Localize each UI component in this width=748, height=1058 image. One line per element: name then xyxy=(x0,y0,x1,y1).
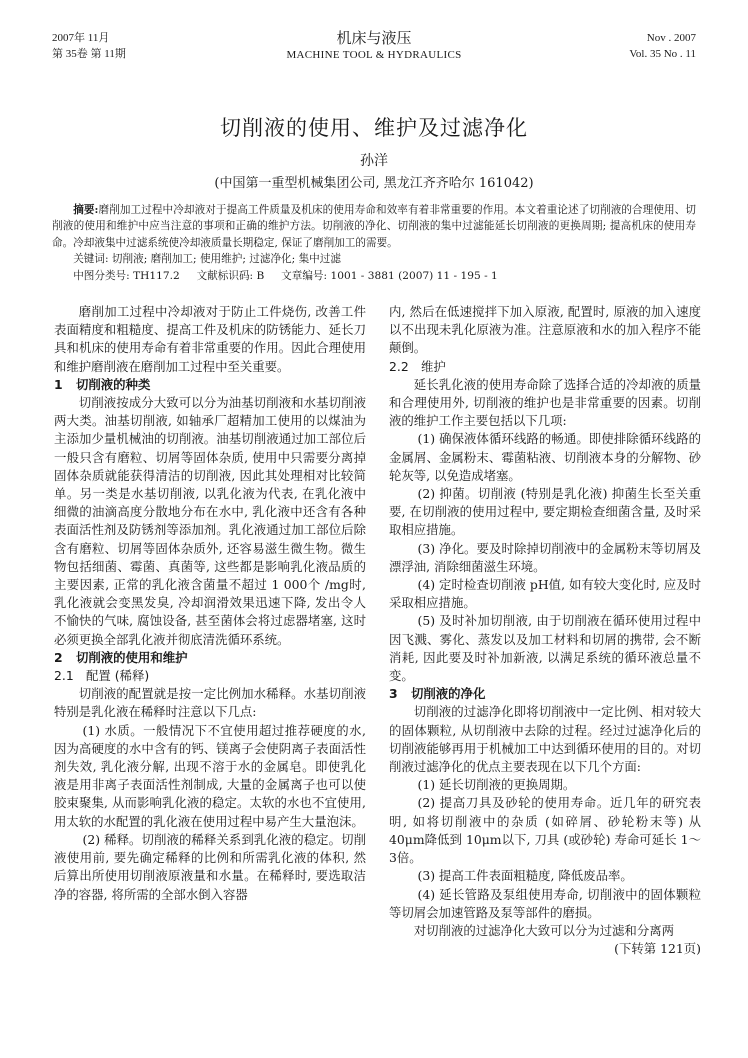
section-2-heading: 2切削液的使用和维护 xyxy=(54,649,366,667)
journal-name-cn: 机床与液压 xyxy=(52,30,696,48)
abstract-label: 摘要: xyxy=(73,204,98,216)
list-item: (2) 稀释。切削液的稀释关系到乳化液的稳定。切削液使用前, 要先确定稀释的比例… xyxy=(54,831,366,904)
list-item: (4) 定时检查切削液 pH值, 如有较大变化时, 应及时采取相应措施。 xyxy=(389,576,701,612)
paragraph: 对切削液的过滤净化大致可以分为过滤和分离两 xyxy=(389,922,701,940)
right-column: 内, 然后在低速搅拌下加入原液, 配置时, 原液的加入速度以不出现未乳化原液为准… xyxy=(389,303,701,958)
section-title: 切削液的净化 xyxy=(411,686,485,701)
journal-name: 机床与液压 MACHINE TOOL & HYDRAULICS xyxy=(52,30,696,62)
running-header: 2007年 11月 第 35卷 第 11期 机床与液压 MACHINE TOOL… xyxy=(52,30,696,70)
list-item: (5) 及时补加切削液, 由于切削液在循环使用过程中因飞溅、雾化、蒸发以及加工材… xyxy=(389,612,701,685)
left-column: 磨削加工过程中冷却液对于防止工件烧伤, 改善工件表面精度和粗糙度、提高工件及机床… xyxy=(54,303,366,904)
section-2-1-heading: 2.1配置 (稀释) xyxy=(54,667,366,685)
section-title: 配置 (稀释) xyxy=(86,668,149,683)
classification: 中图分类号: TH117.2 文献标识码: B 文章编号: 1001 - 388… xyxy=(52,268,696,284)
abstract: 摘要:磨削加工过程中冷却液对于提高工件质量及机床的使用寿命和效率有着非常重要的作… xyxy=(52,202,696,251)
section-number: 1 xyxy=(54,376,76,394)
list-item: (2) 提高刀具及砂轮的使用寿命。近几年的研究表明, 如将切削液中的杂质 (如碎… xyxy=(389,794,701,867)
section-number: 2 xyxy=(54,649,76,667)
doc-code-label: 文献标识码: xyxy=(197,270,254,282)
doc-code-value: B xyxy=(257,270,265,282)
paragraph: 延长乳化液的使用寿命除了选择合适的冷却液的质量和合理使用外, 切削液的维护也是非… xyxy=(389,376,701,431)
keywords-text: 切削液; 磨削加工; 使用维护; 过滤净化; 集中过滤 xyxy=(112,253,341,265)
section-number: 2.1 xyxy=(54,667,86,685)
paragraph: 内, 然后在低速搅拌下加入原液, 配置时, 原液的加入速度以不出现未乳化原液为准… xyxy=(389,303,701,358)
list-item: (3) 净化。要及时除掉切削液中的金属粉末等切屑及漂浮油, 消除细菌滋生环境。 xyxy=(389,540,701,576)
list-item: (1) 确保液体循环线路的畅通。即使排除循环线路的金属屑、金属粉末、霉菌粘液、切… xyxy=(389,430,701,485)
list-item: (2) 抑菌。切削液 (特别是乳化液) 抑菌生长至关重要, 在切削液的使用过程中… xyxy=(389,485,701,540)
list-item: (4) 延长管路及泵组使用寿命, 切削液中的固体颗粒等切屑会加速管路及泵等部件的… xyxy=(389,886,701,922)
abstract-text: 磨削加工过程中冷却液对于提高工件质量及机床的使用寿命和效率有着非常重要的作用。本… xyxy=(52,204,696,249)
author: 孙洋 xyxy=(0,150,748,170)
paragraph: 切削液的配置就是按一定比例加水稀释。水基切削液特别是乳化液在稀释时注意以下几点: xyxy=(54,685,366,721)
keywords-label: 关键词: xyxy=(73,253,108,265)
keywords: 关键词: 切削液; 磨削加工; 使用维护; 过滤净化; 集中过滤 xyxy=(52,251,696,267)
section-title: 切削液的使用和维护 xyxy=(76,650,188,665)
section-title: 切削液的种类 xyxy=(76,377,150,392)
article-no-value: 1001 - 3881 (2007) 11 - 195 - 1 xyxy=(330,270,497,282)
section-3-heading: 3切削液的净化 xyxy=(389,685,701,703)
abstract-block: 摘要:磨削加工过程中冷却液对于提高工件质量及机床的使用寿命和效率有着非常重要的作… xyxy=(52,202,696,284)
continued-on-page-note: (下转第 121页) xyxy=(389,940,701,958)
section-1-heading: 1切削液的种类 xyxy=(54,376,366,394)
list-item: (3) 提高工件表面粗糙度, 降低废品率。 xyxy=(389,867,701,885)
journal-name-en: MACHINE TOOL & HYDRAULICS xyxy=(52,48,696,62)
section-number: 2.2 xyxy=(389,358,421,376)
paper-title: 切削液的使用、维护及过滤净化 xyxy=(0,112,748,142)
issue-date-en: Nov . 2007 Vol. 35 No . 11 xyxy=(629,30,696,62)
paragraph: 切削液的过滤净化即将切削液中一定比例、相对较大的固体颗粒, 从切削液中去除的过程… xyxy=(389,703,701,776)
list-item: (1) 延长切削液的更换周期。 xyxy=(389,776,701,794)
paragraph: 切削液按成分大致可以分为油基切削液和水基切削液两大类。油基切削液, 如轴承厂超精… xyxy=(54,394,366,649)
section-title: 维护 xyxy=(421,359,446,374)
date-en: Nov . 2007 xyxy=(629,30,696,46)
volume-en: Vol. 35 No . 11 xyxy=(629,46,696,62)
affiliation: (中国第一重型机械集团公司, 黑龙江齐齐哈尔 161042) xyxy=(0,172,748,191)
article-no-label: 文章编号: xyxy=(281,270,327,282)
section-number: 3 xyxy=(389,685,411,703)
intro-paragraph: 磨削加工过程中冷却液对于防止工件烧伤, 改善工件表面精度和粗糙度、提高工件及机床… xyxy=(54,303,366,376)
section-2-2-heading: 2.2维护 xyxy=(389,358,701,376)
clc-label: 中图分类号: xyxy=(73,270,130,282)
clc-value: TH117.2 xyxy=(133,270,180,282)
list-item: (1) 水质。一般情况下不宜使用超过推荐硬度的水, 因为高硬度的水中含有的钙、镁… xyxy=(54,722,366,831)
